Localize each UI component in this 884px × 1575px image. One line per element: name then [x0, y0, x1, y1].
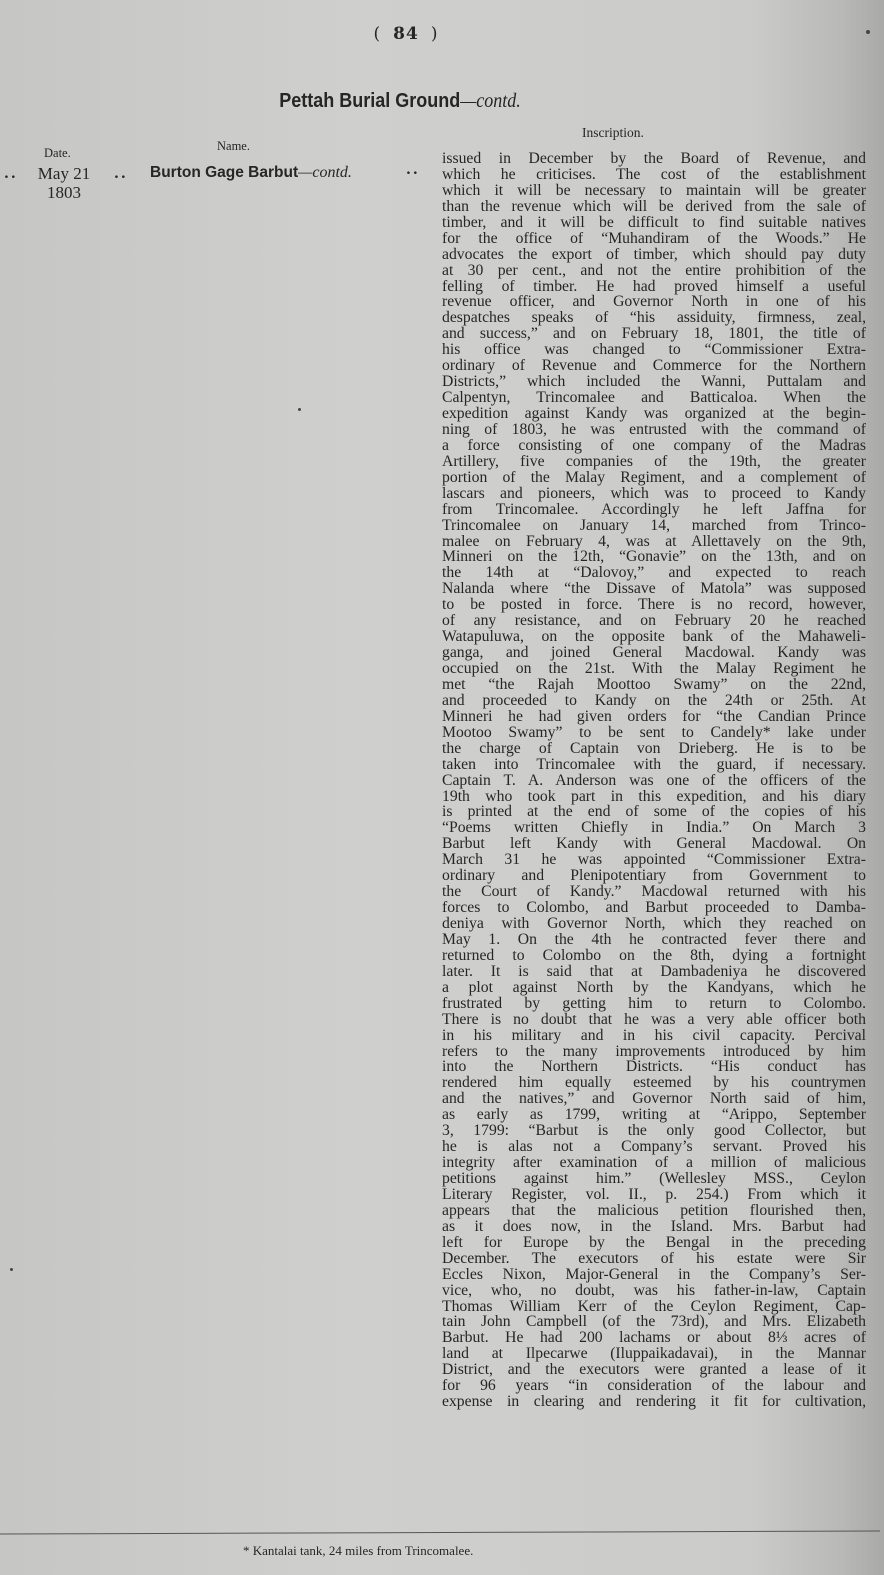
- leader-dots-left: ..: [4, 166, 18, 182]
- inscription-line: at 30 per cent., and not the entire proh…: [442, 263, 866, 279]
- entry-name-suffix: —contd.: [298, 164, 352, 181]
- inscription-line: into the Northern Districts. “His conduc…: [442, 1059, 866, 1075]
- inscription-line: in his military and in his civil capacit…: [442, 1028, 866, 1044]
- inscription-line: malee on February 4, was at Allettavely …: [442, 534, 866, 550]
- inscription-line: advocates the export of timber, which sh…: [442, 247, 866, 263]
- inscription-line: which he criticises. The cost of the est…: [442, 167, 866, 183]
- inscription-line: despatches speaks of “his assiduity, fir…: [442, 310, 866, 326]
- inscription-line: revenue officer, and Governor North in o…: [442, 294, 866, 310]
- entry-inscription: issued in December by the Board of Reven…: [442, 151, 866, 1410]
- inscription-line: timber, and it will be difficult to find…: [442, 215, 866, 231]
- inscription-line: integrity after examination of a million…: [442, 1155, 866, 1171]
- section-title-text: Pettah Burial Ground: [279, 90, 460, 112]
- entry-name-text: Burton Gage Barbut: [150, 164, 298, 181]
- inscription-line: land at Ilpecarwe (Iluppaikadavai), in t…: [442, 1346, 866, 1362]
- entry-date: May 21 1803: [34, 164, 94, 202]
- inscription-line: ganga, and joined General Macdowal. Kand…: [442, 645, 866, 661]
- inscription-line: refers to the many improvements introduc…: [442, 1044, 866, 1060]
- inscription-line: returned to Colombo on the 8th, dying a …: [442, 948, 866, 964]
- inscription-line: as early as 1799, writing at “Arippo, Se…: [442, 1107, 866, 1123]
- inscription-line: ordinary of Revenue and Commerce for the…: [442, 358, 866, 374]
- scan-speck: [298, 408, 301, 411]
- inscription-line: his office was changed to “Commissioner …: [442, 342, 866, 358]
- inscription-line: lascars and pioneers, which was to proce…: [442, 486, 866, 502]
- scan-speck: [10, 1268, 13, 1271]
- column-header-inscription: Inscription.: [582, 125, 644, 141]
- inscription-line: for 96 years “in consideration of the la…: [442, 1378, 866, 1394]
- inscription-line: the charge of Captain von Drieberg. He i…: [442, 741, 866, 757]
- inscription-line: Mootoo Swamy” to be sent to Candely* lak…: [442, 725, 866, 741]
- inscription-line: met “the Rajah Moottoo Swamy” on the 22n…: [442, 677, 866, 693]
- inscription-line: vice, who, no doubt, was his father-in-l…: [442, 1283, 866, 1299]
- inscription-line: Trincomalee on January 14, marched from …: [442, 518, 866, 534]
- inscription-line: “Poems written Chiefly in India.” On Mar…: [442, 820, 866, 836]
- inscription-line: as it does now, in the Island. Mrs. Barb…: [442, 1219, 866, 1235]
- entry-date-year: 1803: [34, 183, 94, 202]
- inscription-line: a force consisting of one company of the…: [442, 438, 866, 454]
- page-number-value: 84: [393, 24, 419, 44]
- inscription-line: Minneri he had given orders for “the Can…: [442, 709, 866, 725]
- inscription-line: tain John Campbell (of the 73rd), and Mr…: [442, 1314, 866, 1330]
- inscription-line: which it will be necessary to maintain w…: [442, 183, 866, 199]
- inscription-line: taken into Trincomalee with the guard, i…: [442, 757, 866, 773]
- inscription-line: felling of timber. He had proved himself…: [442, 279, 866, 295]
- inscription-line: he is alas not a Company’s servant. Prov…: [442, 1139, 866, 1155]
- inscription-line: ordinary and Plenipotentiary from Govern…: [442, 868, 866, 884]
- entry-name: Burton Gage Barbut—contd.: [150, 164, 352, 182]
- inscription-line: later. It is said that at Dambadeniya he…: [442, 964, 866, 980]
- inscription-line: There is no doubt that he was a very abl…: [442, 1012, 866, 1028]
- inscription-line: occupied on the 21st. With the Malay Reg…: [442, 661, 866, 677]
- inscription-line: than the revenue which will be derived f…: [442, 199, 866, 215]
- inscription-line: Thomas William Kerr of the Ceylon Regime…: [442, 1299, 866, 1315]
- inscription-line: the 14th at “Dalovoy,” and expected to r…: [442, 565, 866, 581]
- inscription-line: Eccles Nixon, Major-General in the Compa…: [442, 1267, 866, 1283]
- inscription-line: Nalanda where “the Dissave of Matola” wa…: [442, 581, 866, 597]
- inscription-line: Calpentyn, Trincomalee and Batticaloa. W…: [442, 390, 866, 406]
- leader-dots-right: ..: [406, 162, 420, 178]
- footnote: * Kantalai tank, 24 miles from Trincomal…: [243, 1543, 473, 1559]
- inscription-line: expense in clearing and rendering it fit…: [442, 1394, 866, 1410]
- inscription-line: Literary Register, vol. II., p. 254.) Fr…: [442, 1187, 866, 1203]
- inscription-line: ning of 1803, he was entrusted with the …: [442, 422, 866, 438]
- inscription-line: and success,” and on February 18, 1801, …: [442, 326, 866, 342]
- inscription-line: 3, 1799: “Barbut is the only good Collec…: [442, 1123, 866, 1139]
- scan-speck: [866, 30, 870, 34]
- scanned-page: (84) Pettah Burial Ground—contd. Date. N…: [0, 0, 884, 1575]
- inscription-line: Barbut left Kandy with General Macdowal.…: [442, 836, 866, 852]
- inscription-line: Barbut. He had 200 lachams or about 8⅓ a…: [442, 1330, 866, 1346]
- inscription-line: from Trincomalee. Accordingly he left Ja…: [442, 502, 866, 518]
- inscription-line: March 31 he was appointed “Commissioner …: [442, 852, 866, 868]
- inscription-line: issued in December by the Board of Reven…: [442, 151, 866, 167]
- inscription-line: left for Europe by the Bengal in the pre…: [442, 1235, 866, 1251]
- section-title: Pettah Burial Ground—contd.: [40, 90, 760, 113]
- inscription-line: of any resistance, and on February 20 he…: [442, 613, 866, 629]
- section-title-suffix: —contd.: [460, 90, 520, 112]
- inscription-line: appears that the malicious petition flou…: [442, 1203, 866, 1219]
- inscription-line: deniya with Governor North, which they r…: [442, 916, 866, 932]
- inscription-line: rendered him equally esteemed by his cou…: [442, 1075, 866, 1091]
- inscription-line: is printed at the end of some of the cop…: [442, 804, 866, 820]
- inscription-line: 19th who took part in this expedition, a…: [442, 789, 866, 805]
- inscription-line: December. The executors of his estate we…: [442, 1251, 866, 1267]
- inscription-line: and proceeded to Kandy on the 24th or 25…: [442, 693, 866, 709]
- inscription-line: a plot against North by the Kandyans, wh…: [442, 980, 866, 996]
- inscription-line: for the office of “Muhandiram of the Woo…: [442, 231, 866, 247]
- footnote-rule: [0, 1530, 880, 1534]
- inscription-line: petitions against him.” (Wellesley MSS.,…: [442, 1171, 866, 1187]
- inscription-line: Watapuluwa, on the opposite bank of the …: [442, 629, 866, 645]
- entry-date-day: May 21: [34, 164, 94, 183]
- inscription-line: Captain T. A. Anderson was one of the of…: [442, 773, 866, 789]
- inscription-line: Minneri on the 12th, “Gonavie” on the 13…: [442, 549, 866, 565]
- inscription-line: District, and the executors were granted…: [442, 1362, 866, 1378]
- inscription-line: Districts,” which included the Wanni, Pu…: [442, 374, 866, 390]
- column-header-date: Date.: [44, 146, 71, 161]
- inscription-line: Artillery, five companies of the 19th, t…: [442, 454, 866, 470]
- inscription-line: and the natives,” and Governor North sai…: [442, 1091, 866, 1107]
- inscription-line: to be posted in force. There is no recor…: [442, 597, 866, 613]
- inscription-line: portion of the Malay Regiment, and a com…: [442, 470, 866, 486]
- inscription-line: frustrated by getting him to return to C…: [442, 996, 866, 1012]
- inscription-line: May 1. On the 4th he contracted fever th…: [442, 932, 866, 948]
- inscription-line: the Court of Kandy.” Macdowal returned w…: [442, 884, 866, 900]
- leader-dots-mid: ..: [114, 166, 128, 182]
- inscription-line: forces to Colombo, and Barbut proceeded …: [442, 900, 866, 916]
- column-header-name: Name.: [217, 139, 250, 154]
- page-number: (84): [0, 24, 812, 44]
- inscription-line: expedition against Kandy was organized a…: [442, 406, 866, 422]
